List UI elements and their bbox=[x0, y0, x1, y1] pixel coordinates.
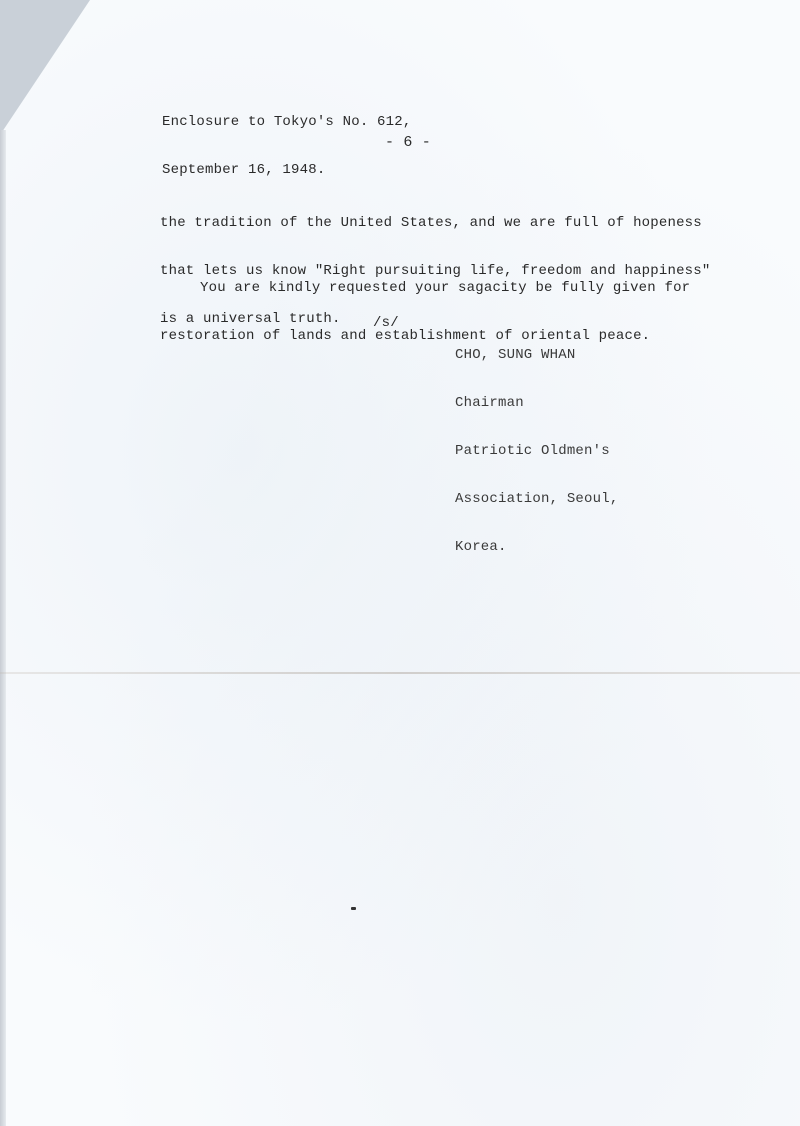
page-number: - 6 - bbox=[385, 135, 431, 151]
signature-mark: /s/ bbox=[373, 315, 399, 331]
ink-speck bbox=[351, 907, 356, 910]
signatory-title: Chairman bbox=[455, 395, 618, 411]
signature-block: CHO, SUNG WHAN Chairman Patriotic Oldmen… bbox=[455, 315, 618, 587]
signatory-org-location: Association, Seoul, bbox=[455, 491, 618, 507]
signatory-country: Korea. bbox=[455, 539, 618, 555]
enclosure-date: September 16, 1948. bbox=[162, 162, 411, 178]
page-edge bbox=[0, 130, 6, 1126]
enclosure-reference: Enclosure to Tokyo's No. 612, bbox=[162, 114, 411, 130]
document-page: Enclosure to Tokyo's No. 612, September … bbox=[0, 0, 800, 1126]
signatory-name: CHO, SUNG WHAN bbox=[455, 347, 618, 363]
text-line: the tradition of the United States, and … bbox=[160, 215, 711, 231]
folded-corner bbox=[0, 0, 90, 135]
signatory-org: Patriotic Oldmen's bbox=[455, 443, 618, 459]
text-line: You are kindly requested your sagacity b… bbox=[160, 280, 690, 296]
paper-fold-line bbox=[0, 672, 800, 674]
